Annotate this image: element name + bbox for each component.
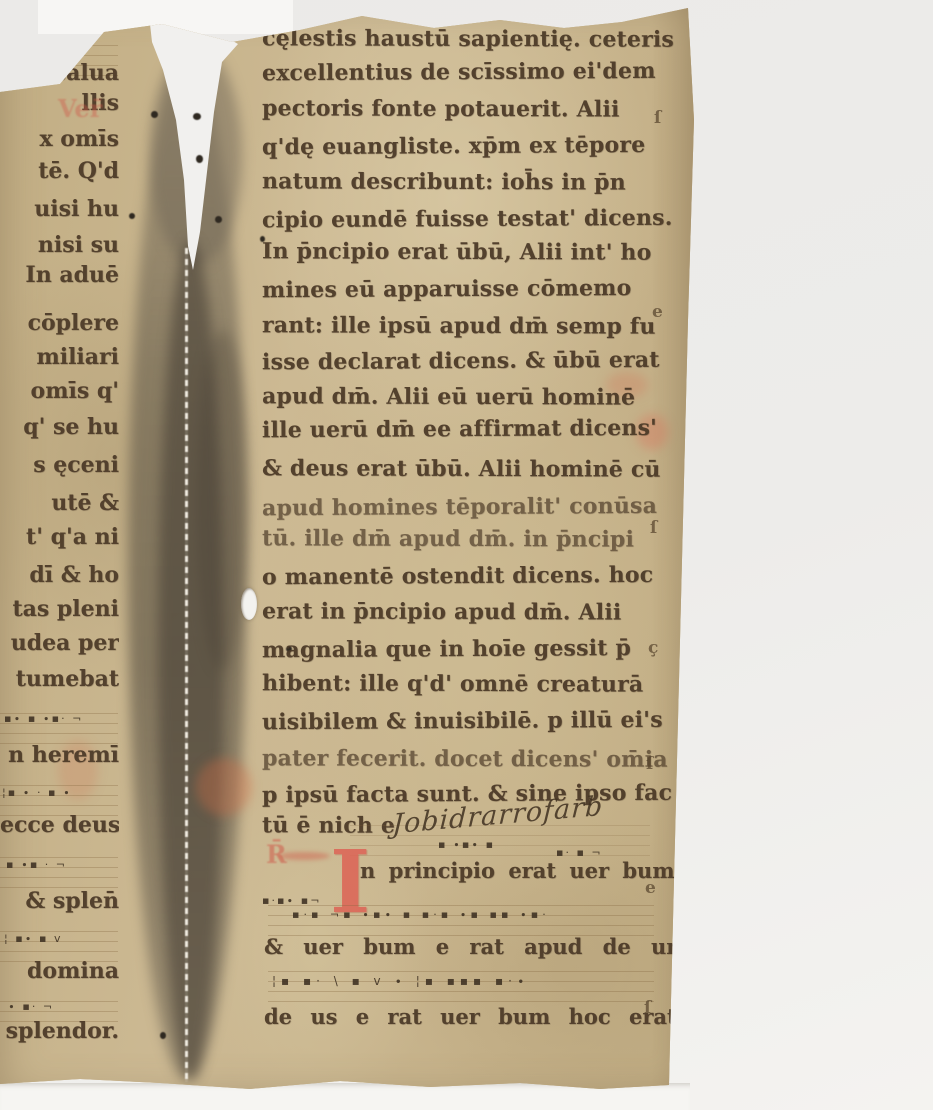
manuscript-text-line: apud homines tēporalit' conūsa <box>262 493 682 522</box>
neume-cluster: ▪ ∙▪ · ¬ <box>6 858 67 871</box>
chant-text-line: & uer bum e rat apud de um & <box>264 934 728 959</box>
manuscript-text-line: apud dm̄. Alii eū uerū hominē <box>262 383 682 410</box>
worm-hole <box>193 113 201 120</box>
manuscript-text-line: x omīs <box>0 126 119 152</box>
worm-hole <box>196 155 203 163</box>
manuscript-text-line: mines eū apparuisse cōmemo <box>262 275 682 304</box>
manuscript-text-line: q'dę euangliste. xp̄m ex tēpore <box>262 132 682 161</box>
worm-hole <box>160 1032 166 1039</box>
neume-cluster: ¦▪ ∙ · ▪ ∙ <box>2 786 72 799</box>
manuscript-text-line: & splen̄ <box>0 888 119 914</box>
neume-cluster: ¦▪ ▪· \ ▪ v ∙ ¦▪ ▪▪▪ ▪·∙ <box>272 974 529 988</box>
manuscript-text-line: tumebat <box>0 666 119 692</box>
edge-letter-fragment: ç <box>648 638 658 658</box>
manuscript-text-line: t' q'a ni <box>0 524 119 550</box>
edge-letter-fragment: ſ <box>654 108 661 128</box>
parchment-hole <box>241 588 257 620</box>
manuscript-text-line: tē. Q'd <box>0 158 119 184</box>
worm-hole <box>129 213 135 219</box>
faded-rubric: Ver̄ <box>58 94 102 123</box>
manuscript-fragment: ∙▪▪ ∙ ▪ ·¬ ner salua llis Ver̄ x omīs tē… <box>0 0 700 1100</box>
edge-letter-fragment: e <box>652 302 663 322</box>
worm-hole <box>151 111 158 118</box>
chant-text-line: de us e rat uer bum hoc erat <box>264 1004 677 1029</box>
manuscript-text-line: nisi su <box>0 232 119 258</box>
manuscript-text-line: magnalia que in hoīe gessit p̄ <box>262 635 682 664</box>
manuscript-text-line: erat in p̄ncipio apud dm̄. Alii <box>262 598 682 625</box>
edge-letter-fragment: e <box>645 878 656 898</box>
manuscript-text-line: cōplere <box>0 310 119 336</box>
manuscript-text-line: uisibilem & inuisibilē. p illū ei's <box>262 707 682 736</box>
manuscript-text-line: miliari <box>0 344 119 370</box>
manuscript-text-line: q' se hu <box>0 414 119 440</box>
manuscript-text-line: splendor. <box>0 1018 119 1044</box>
manuscript-text-line: rant: ille ipsū apud dm̄ semp fu <box>262 312 682 339</box>
manuscript-text-line: cęlestis haustū sapientię. ceteris <box>262 25 682 52</box>
manuscript-text-line: uisi hu <box>0 196 119 222</box>
manuscript-text-line: omīs q' <box>0 378 119 404</box>
edge-letter-fragment: ſ <box>646 754 653 774</box>
manuscript-text-line: hibent: ille q'd' omnē creaturā <box>262 670 682 697</box>
manuscript-text-line: tū. ille dm̄ apud dm̄. in p̄ncipi <box>262 525 682 552</box>
neume-cluster: ▪·▪ ¬▪ ∙▪∙ ▪ ▪·▪ ∙▪ ▪▪ ∙▪· <box>292 908 550 921</box>
manuscript-text-line: utē & <box>0 490 119 516</box>
manuscript-text-line: udea per <box>0 630 119 656</box>
neume-cluster: ∙ ▪· ¬ <box>8 1000 54 1013</box>
manuscript-text-line: o manentē ostendit dicens. hoc <box>262 562 682 591</box>
manuscript-text-line: dī & ho <box>0 562 119 588</box>
manuscript-text-line: n heremī <box>0 742 119 768</box>
manuscript-text-line: tas pleni <box>0 596 119 622</box>
manuscript-text-line: isse declarat dicens. & ūbū erat <box>262 347 682 376</box>
red-stain <box>196 758 252 816</box>
chant-text-line: n principio erat uer bum <box>360 858 675 883</box>
manuscript-text-line: ecce deus <box>0 812 119 838</box>
manuscript-text-line: & deus erat ūbū. Alii hominē cū <box>262 455 682 482</box>
manuscript-text-line: pater fecerit. docet dicens' om̄ia <box>262 745 682 772</box>
manuscript-text-line: excellentius de scīssimo ei'dem <box>262 58 682 87</box>
neume-cluster: ▪·▪∙ ▪¬ <box>262 894 321 907</box>
rubric-flourish <box>278 852 330 860</box>
manuscript-text-line: In p̄ncipio erat ūbū, Alii int' ho <box>262 238 682 265</box>
neume-cluster: ▪ ∙▪∙ ▪ <box>438 838 495 851</box>
worm-hole <box>215 216 222 223</box>
edge-letter-fragment: ſ <box>650 518 657 538</box>
manuscript-text-line: ille uerū dm̄ ee affirmat dicens' <box>262 415 682 444</box>
manuscript-text-line: pectoris fonte potauerit. Alii <box>262 95 682 122</box>
manuscript-text-line: s ęceni <box>0 452 119 478</box>
manuscript-text-line: In aduē <box>0 262 119 288</box>
neume-cluster: ∙▪▪ ∙ ▪ ·¬ <box>2 44 81 57</box>
edge-letter-fragment: ſ <box>644 998 651 1018</box>
manuscript-text-line: ner salua <box>0 60 119 86</box>
gutter-stain-core <box>158 240 224 1080</box>
neume-cluster: ¦ ▪∙ ▪ v <box>4 932 63 945</box>
manuscript-text-line: domina <box>0 958 119 984</box>
manuscript-text-line: cipio eundē fuisse testat' dicens. <box>262 205 682 234</box>
sewing-thread <box>185 248 188 1082</box>
manuscript-text-line: natum describunt: ioh̄s in p̄n <box>262 168 682 195</box>
neume-cluster: ▪∙ ▪ ∙▪· ¬ <box>4 712 83 725</box>
